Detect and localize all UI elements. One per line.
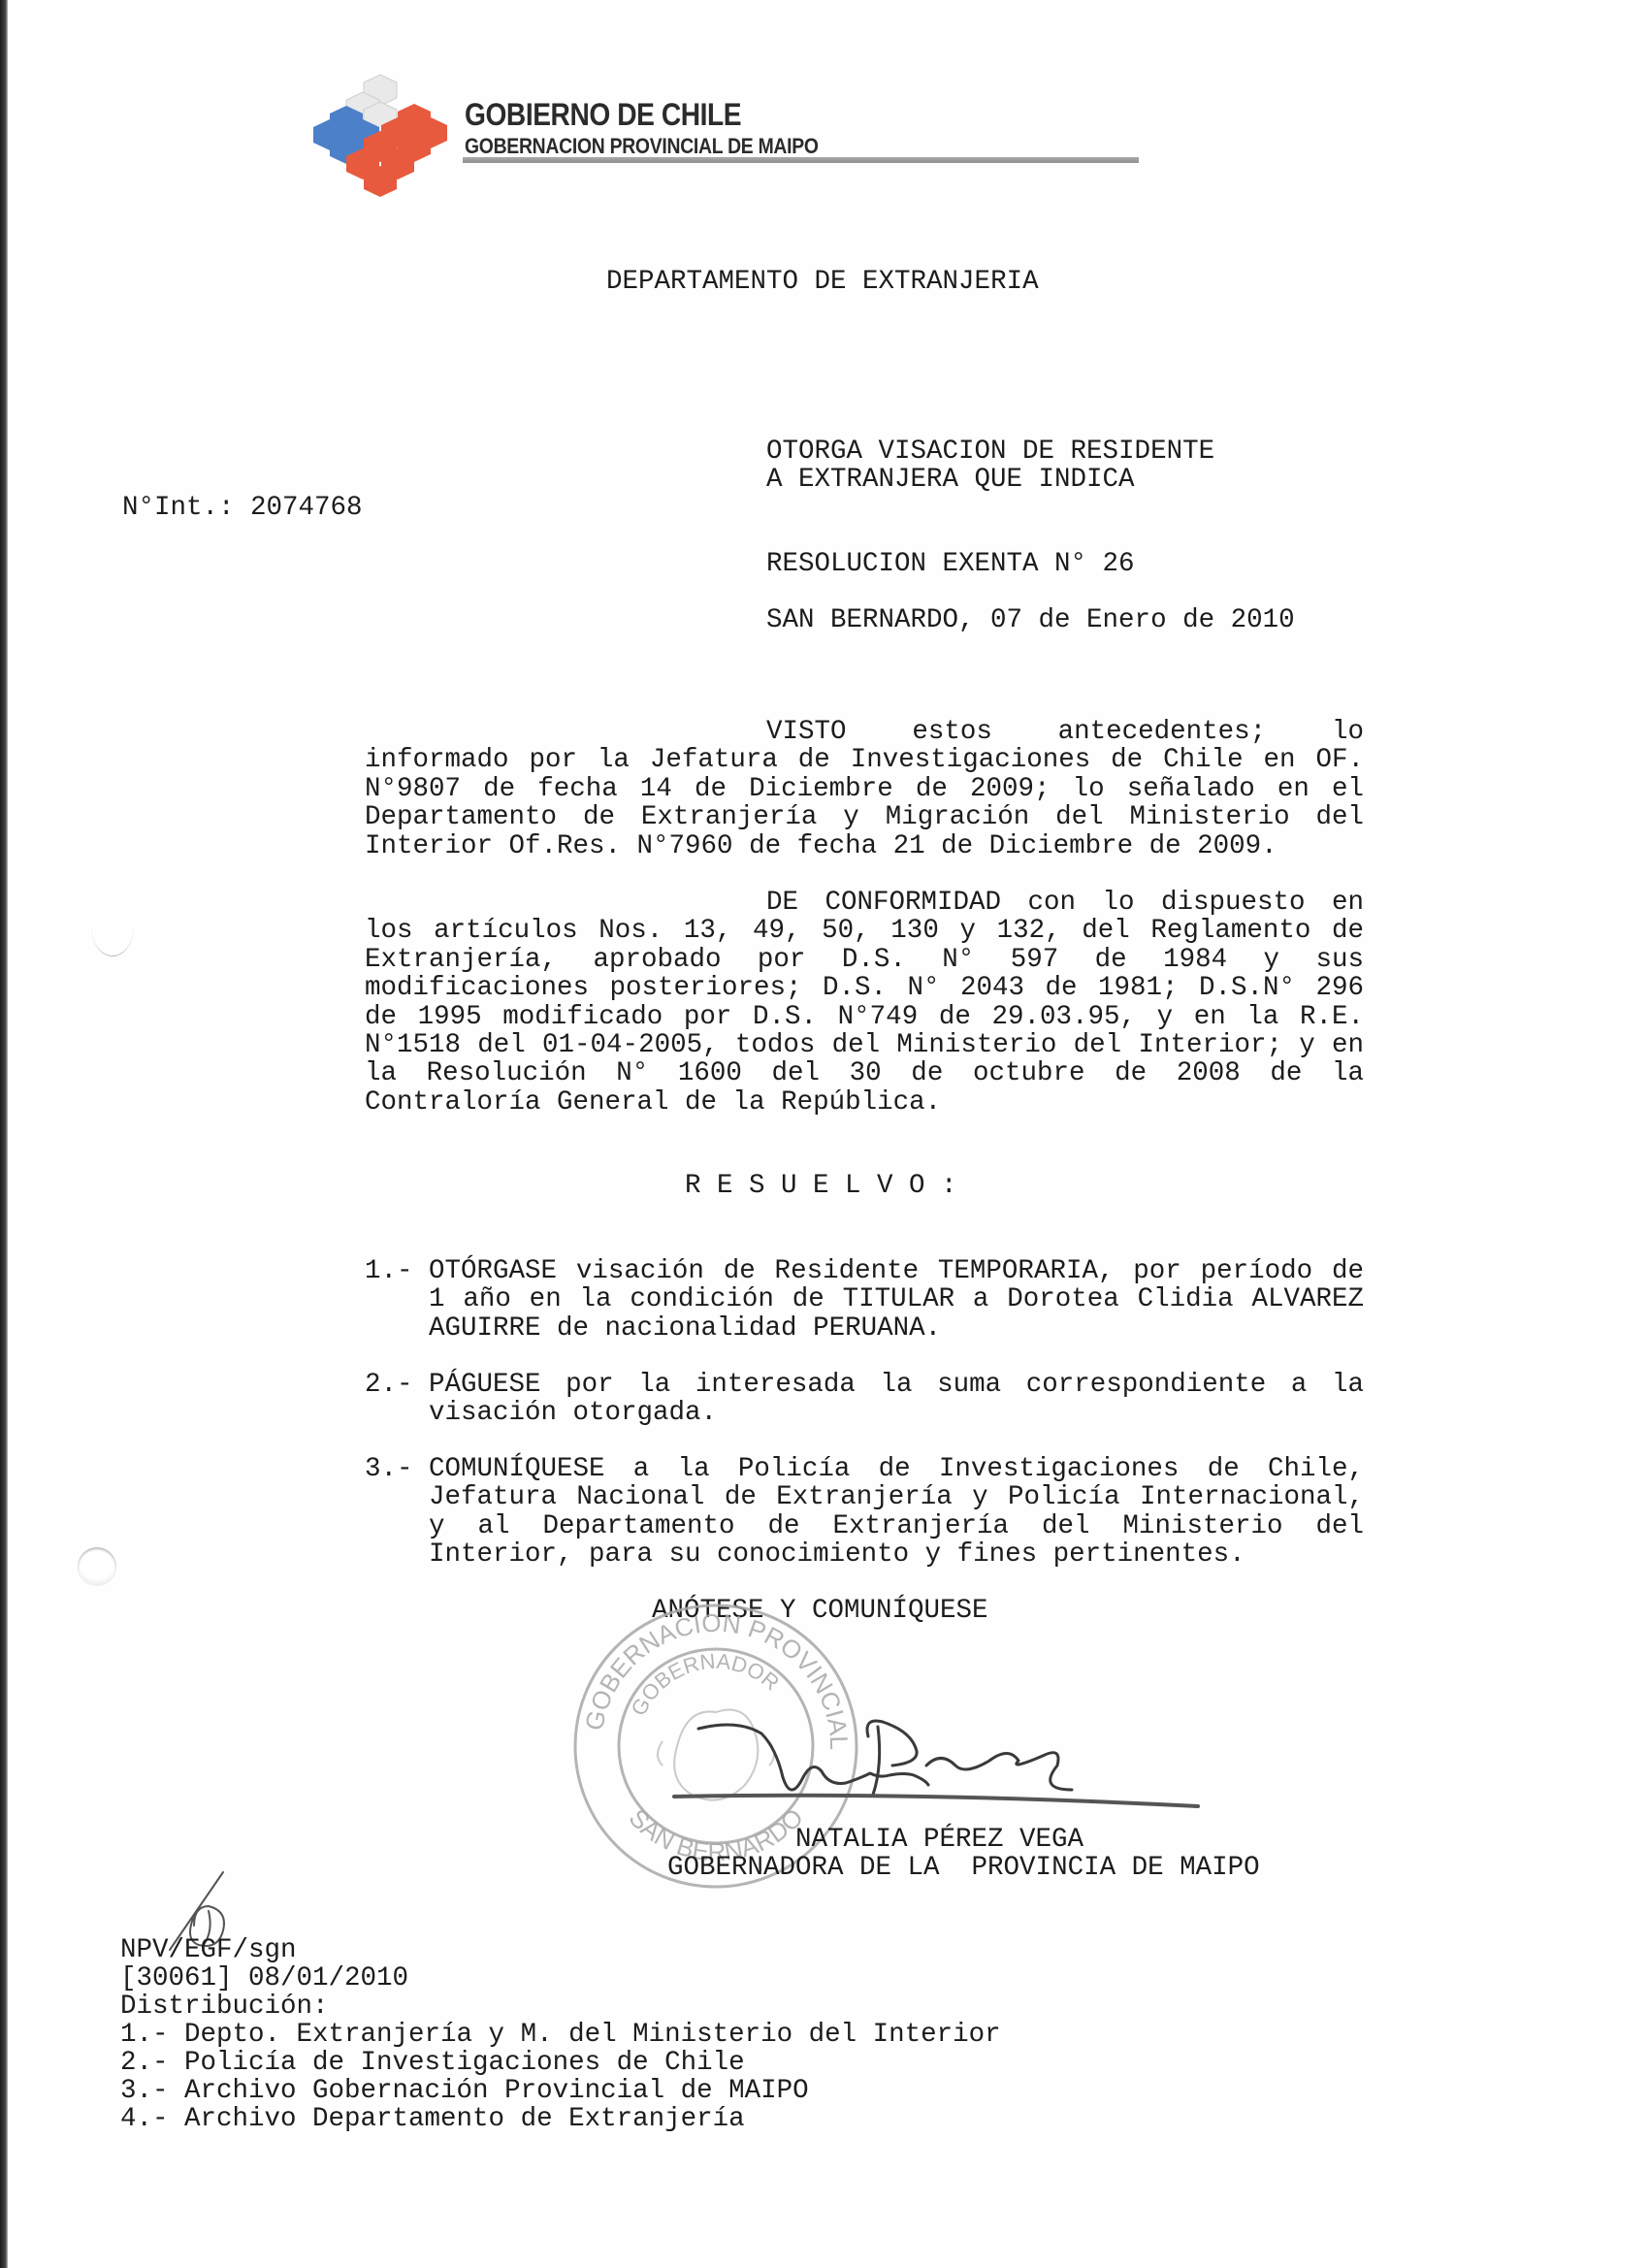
signatory-name: NATALIA PÉREZ VEGA [795,1826,1083,1854]
sub-org-name: GOBERNACION PROVINCIAL DE MAIPO [465,135,819,158]
department-title: DEPARTAMENTO DE EXTRANJERIA [606,268,1039,296]
conformidad-text: DE CONFORMIDAD con lo dispuesto en los a… [365,889,1364,1117]
letterhead-rule [463,157,1139,163]
document-reference: [30061] 08/01/2010 [120,1964,408,1993]
punch-hole-mark [78,1547,116,1586]
distribution-item: 4.- Archivo Departamento de Extranjería [120,2105,745,2133]
signatory-title: GOBERNADORA DE LA PROVINCIA DE MAIPO [667,1854,1260,1882]
org-name: GOBIERNO DE CHILE [465,98,819,131]
distribution-item: 1.- Depto. Extranjería y M. del Minister… [120,2021,1001,2049]
resolution-number: 1.- [365,1257,413,1285]
initials-reference: NPV/EGF/sgn [120,1936,297,1964]
letterhead-title: GOBIERNO DE CHILE GOBERNACION PROVINCIAL… [465,98,866,158]
resolution-number: 2.- [365,1371,413,1399]
resolution-number: 3.- [365,1455,413,1483]
resolution-text: PÁGUESE por la interesada la suma corres… [429,1371,1364,1428]
resolution-text: COMUNÍQUESE a la Policía de Investigacio… [429,1455,1364,1570]
distribution-item: 3.- Archivo Gobernación Provincial de MA… [120,2077,809,2105]
scan-edge [0,0,8,2268]
place-date: SAN BERNARDO, 07 de Enero de 2010 [766,606,1295,634]
subject-line-1: OTORGA VISACION DE RESIDENTE [766,437,1214,466]
distribution-item: 2.- Policía de Investigaciones de Chile [120,2049,745,2077]
gobierno-de-chile-logo-icon [312,70,448,206]
distribution-label: Distribución: [120,1993,329,2021]
internal-number: N°Int.: 2074768 [122,494,363,522]
conformidad-paragraph: DE CONFORMIDAD con lo dispuesto en los a… [365,889,1364,1117]
subject-line-2: A EXTRANJERA QUE INDICA [766,466,1135,494]
visto-paragraph: VISTO estos antecedentes; lo informado p… [365,718,1364,860]
resuelvo-heading: R E S U E L V O : [685,1172,957,1200]
resolution-number: RESOLUCION EXENTA N° 26 [766,550,1135,578]
visto-text: VISTO estos antecedentes; lo informado p… [365,718,1364,860]
resolution-text: OTÓRGASE visación de Residente TEMPORARI… [429,1257,1364,1343]
punch-hole-mark [91,926,134,956]
